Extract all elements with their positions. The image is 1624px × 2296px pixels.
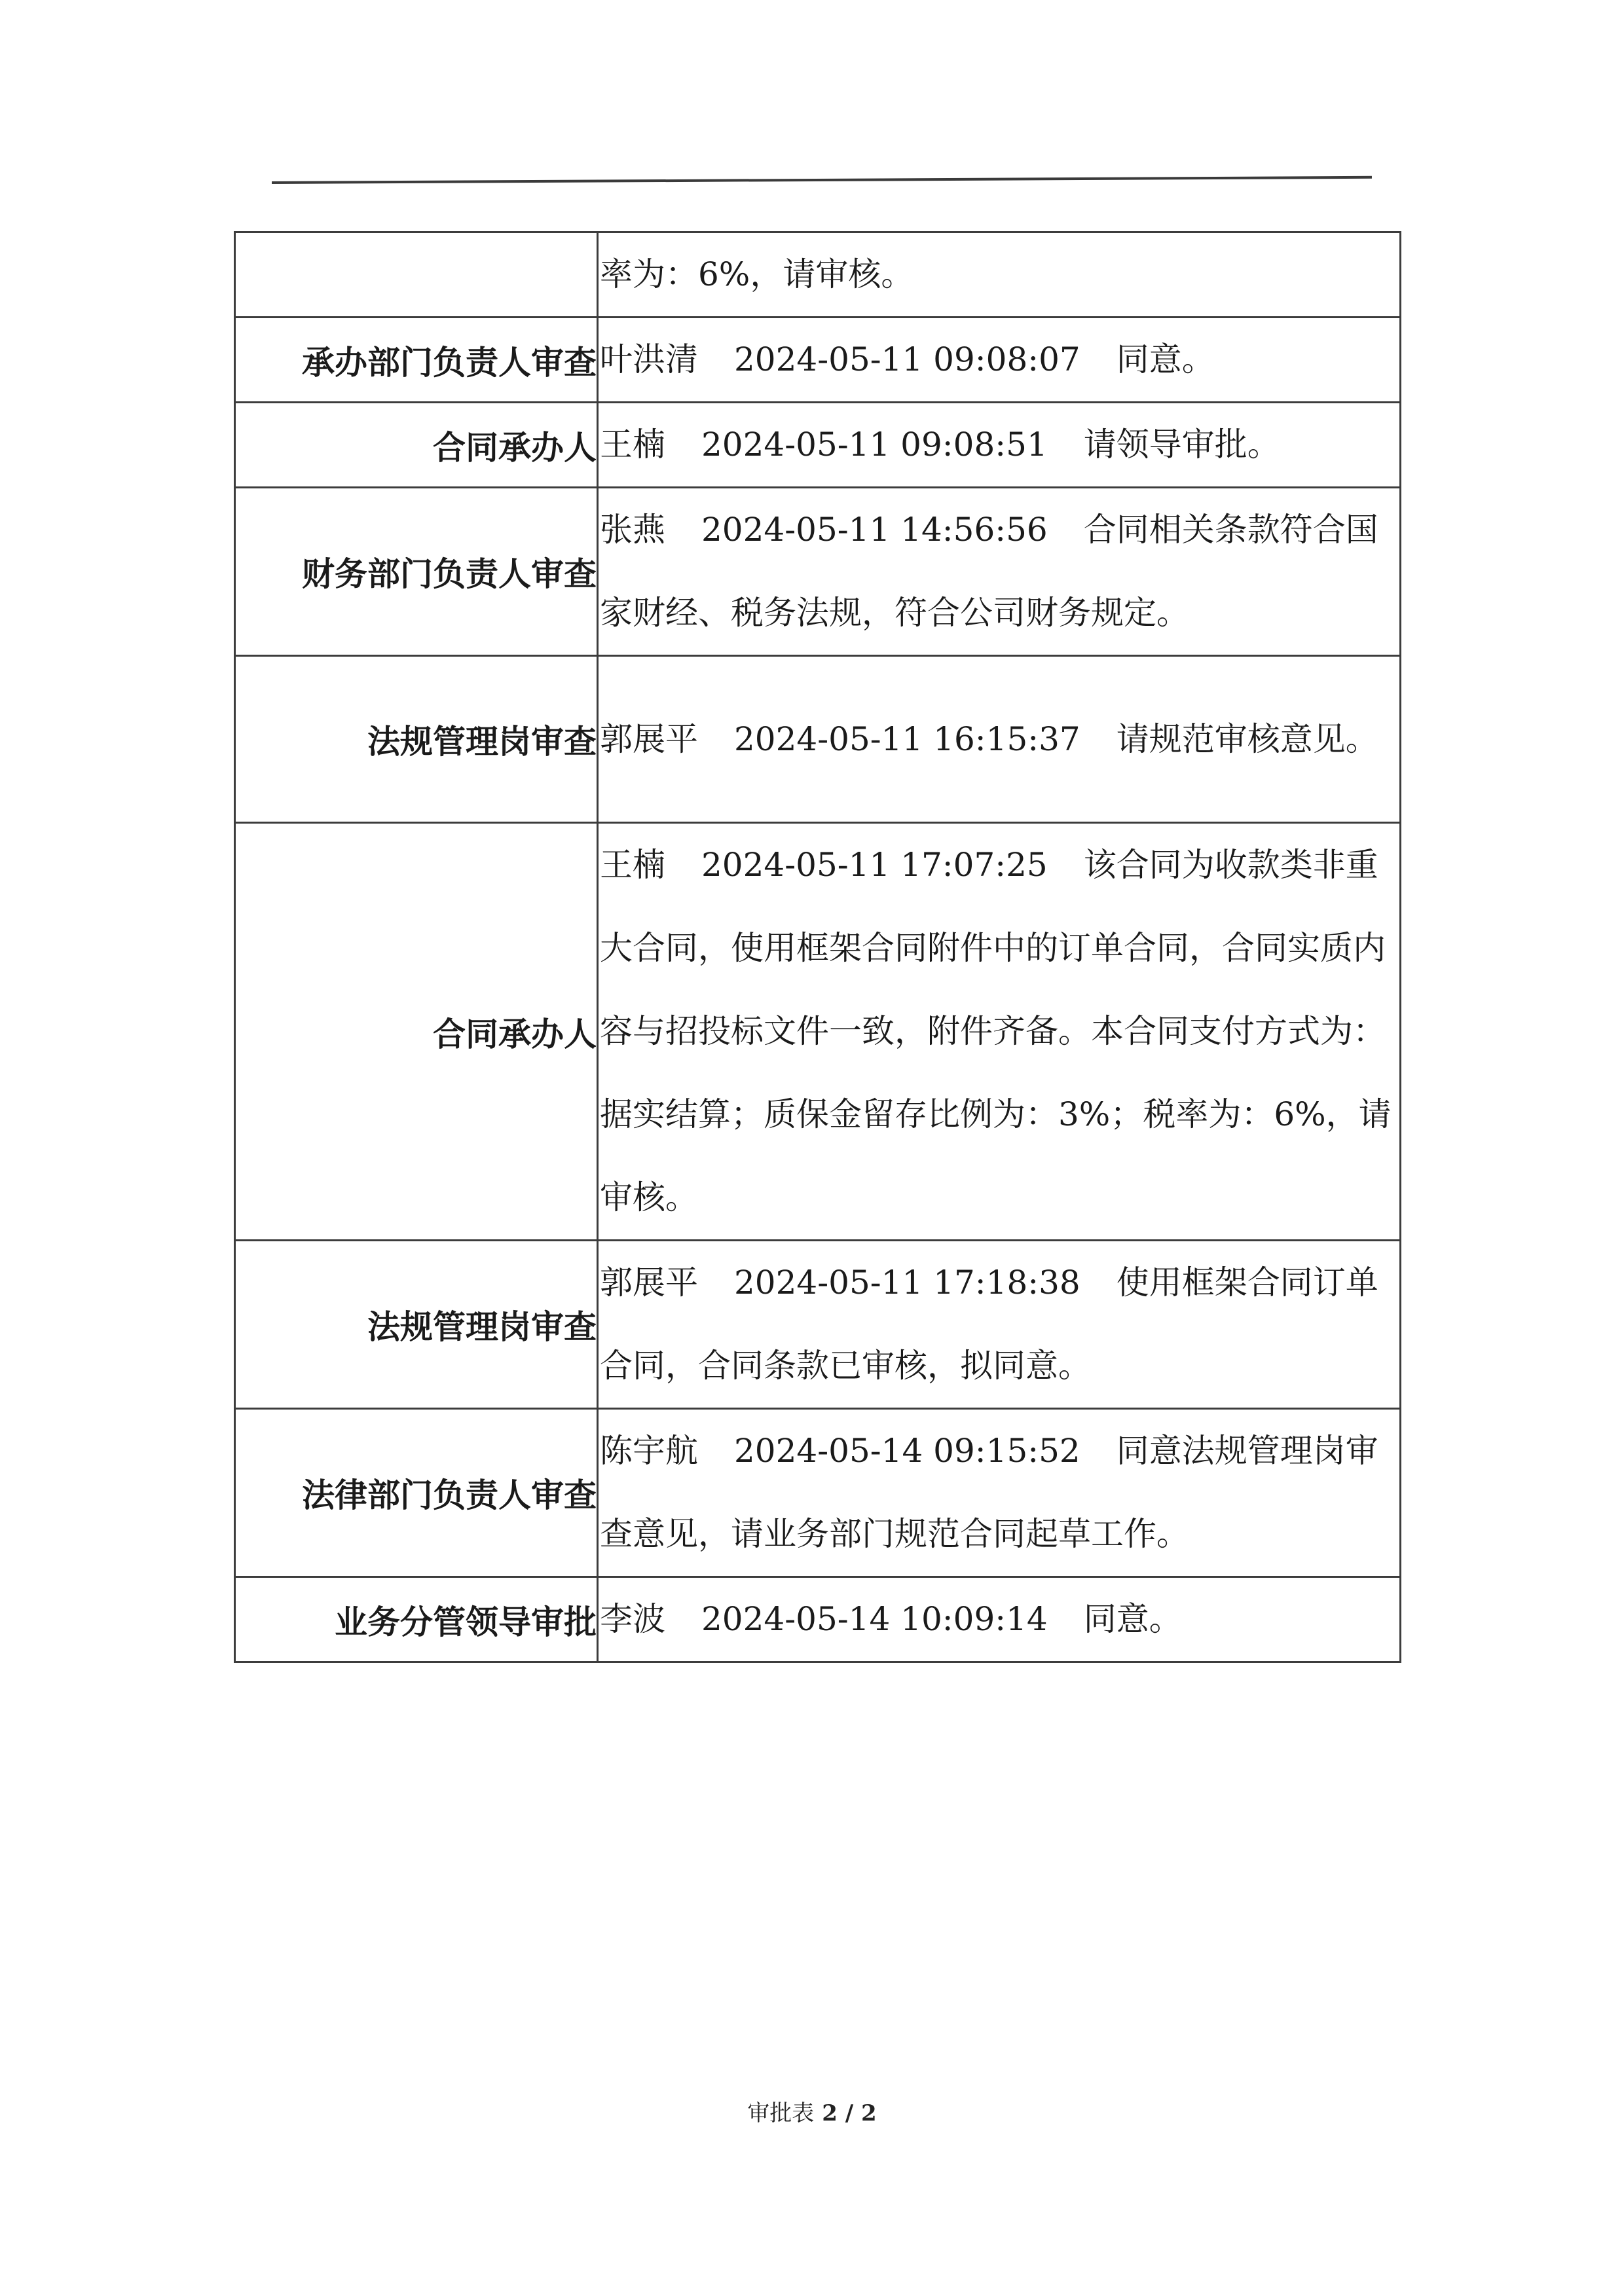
timestamp: 2024-05-11 09:08:07 <box>734 340 1080 378</box>
page-footer: 审批表2 / 2 <box>0 2095 1624 2127</box>
reviewer-name: 王楠 <box>600 426 665 464</box>
comment-text: 同意。 <box>1084 1600 1182 1638</box>
role-label: 承办部门负责人审查 <box>235 318 598 403</box>
approval-comment: 郭展平2024-05-11 17:18:38使用框架合同订单合同，合同条款已审核… <box>598 1241 1401 1409</box>
table-row: 业务分管领导审批 李波2024-05-14 10:09:14同意。 <box>235 1577 1401 1662</box>
role-label: 合同承办人 <box>235 403 598 488</box>
comment-text: 请领导审批。 <box>1084 426 1280 464</box>
approval-comment: 郭展平2024-05-11 16:15:37请规范审核意见。 <box>598 656 1401 823</box>
role-label: 法律部门负责人审查 <box>235 1409 598 1577</box>
comment-text: 请规范审核意见。 <box>1116 720 1378 758</box>
role-label: 法规管理岗审查 <box>235 1241 598 1409</box>
timestamp: 2024-05-11 17:18:38 <box>734 1264 1080 1302</box>
table-row: 法律部门负责人审查 陈宇航2024-05-14 09:15:52同意法规管理岗审… <box>235 1409 1401 1577</box>
approval-comment: 陈宇航2024-05-14 09:15:52同意法规管理岗审查意见，请业务部门规… <box>598 1409 1401 1577</box>
role-label: 合同承办人 <box>235 823 598 1241</box>
table-row: 财务部门负责人审查 张燕2024-05-11 14:56:56合同相关条款符合国… <box>235 488 1401 656</box>
role-label <box>235 232 598 318</box>
role-label: 财务部门负责人审查 <box>235 488 598 656</box>
approval-comment: 率为：6%，请审核。 <box>598 232 1401 318</box>
table-row: 法规管理岗审查 郭展平2024-05-11 16:15:37请规范审核意见。 <box>235 656 1401 823</box>
comment-text: 同意。 <box>1116 340 1215 378</box>
table-row: 承办部门负责人审查 叶洪清2024-05-11 09:08:07同意。 <box>235 318 1401 403</box>
page-number: 2 / 2 <box>822 2100 876 2126</box>
timestamp: 2024-05-11 17:07:25 <box>701 846 1048 884</box>
footer-label: 审批表 <box>747 2100 814 2126</box>
comment-text: 率为：6%，请审核。 <box>599 233 1399 316</box>
reviewer-name: 李波 <box>600 1600 665 1638</box>
timestamp: 2024-05-14 09:15:52 <box>734 1432 1080 1470</box>
timestamp: 2024-05-11 09:08:51 <box>701 426 1048 464</box>
table-row: 法规管理岗审查 郭展平2024-05-11 17:18:38使用框架合同订单合同… <box>235 1241 1401 1409</box>
approval-table: 率为：6%，请审核。 承办部门负责人审查 叶洪清2024-05-11 09:08… <box>234 231 1401 1663</box>
reviewer-name: 张燕 <box>600 511 665 549</box>
role-label: 法规管理岗审查 <box>235 656 598 823</box>
approval-comment: 李波2024-05-14 10:09:14同意。 <box>598 1577 1401 1662</box>
timestamp: 2024-05-11 16:15:37 <box>734 720 1080 758</box>
table-row: 合同承办人 王楠2024-05-11 09:08:51请领导审批。 <box>235 403 1401 488</box>
reviewer-name: 叶洪清 <box>600 340 698 378</box>
reviewer-name: 郭展平 <box>600 1264 698 1302</box>
reviewer-name: 陈宇航 <box>600 1432 698 1470</box>
reviewer-name: 郭展平 <box>600 720 698 758</box>
approval-comment: 叶洪清2024-05-11 09:08:07同意。 <box>598 318 1401 403</box>
role-label: 业务分管领导审批 <box>235 1577 598 1662</box>
comment-text: 该合同为收款类非重大合同，使用框架合同附件中的订单合同，合同实质内容与招投标文件… <box>600 846 1392 1216</box>
table-row: 合同承办人 王楠2024-05-11 17:07:25该合同为收款类非重大合同，… <box>235 823 1401 1241</box>
timestamp: 2024-05-14 10:09:14 <box>701 1600 1048 1638</box>
approval-comment: 王楠2024-05-11 09:08:51请领导审批。 <box>598 403 1401 488</box>
header-rule <box>272 176 1372 184</box>
approval-comment: 张燕2024-05-11 14:56:56合同相关条款符合国家财经、税务法规，符… <box>598 488 1401 656</box>
approval-comment: 王楠2024-05-11 17:07:25该合同为收款类非重大合同，使用框架合同… <box>598 823 1401 1241</box>
reviewer-name: 王楠 <box>600 846 665 884</box>
table-row: 率为：6%，请审核。 <box>235 232 1401 318</box>
timestamp: 2024-05-11 14:56:56 <box>701 511 1048 549</box>
